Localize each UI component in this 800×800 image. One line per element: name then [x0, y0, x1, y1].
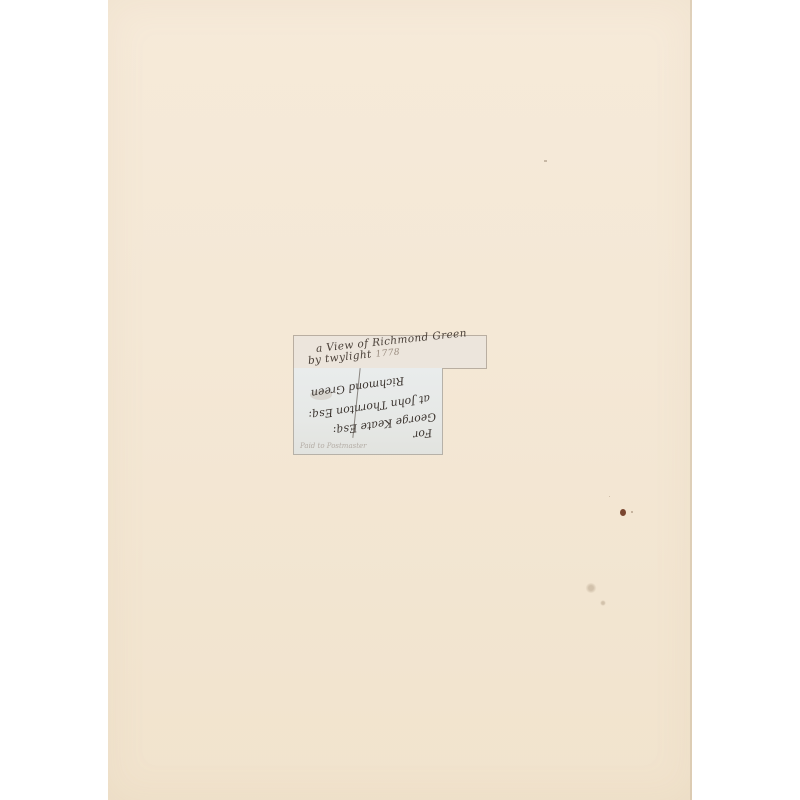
address-line-4: Richmond Green — [310, 374, 405, 400]
address-block: For George Keate Esq: at John Thornton E… — [294, 368, 443, 443]
inscription-year: 1778 — [375, 347, 400, 360]
faint-annotation: Paid to Postmaster — [300, 442, 367, 450]
foxing-mark-small — [600, 600, 606, 606]
stain-speck — [609, 496, 610, 497]
paper-speck — [544, 160, 547, 162]
stain-spot — [620, 509, 626, 516]
stain-spot-small — [631, 511, 633, 513]
letter-cover-fragment: For George Keate Esq: at John Thornton E… — [293, 368, 443, 455]
address-line-1: For — [412, 426, 433, 442]
inscription-label: a View of Richmond Green by twylight1778 — [293, 335, 487, 369]
foxing-mark — [585, 583, 597, 593]
